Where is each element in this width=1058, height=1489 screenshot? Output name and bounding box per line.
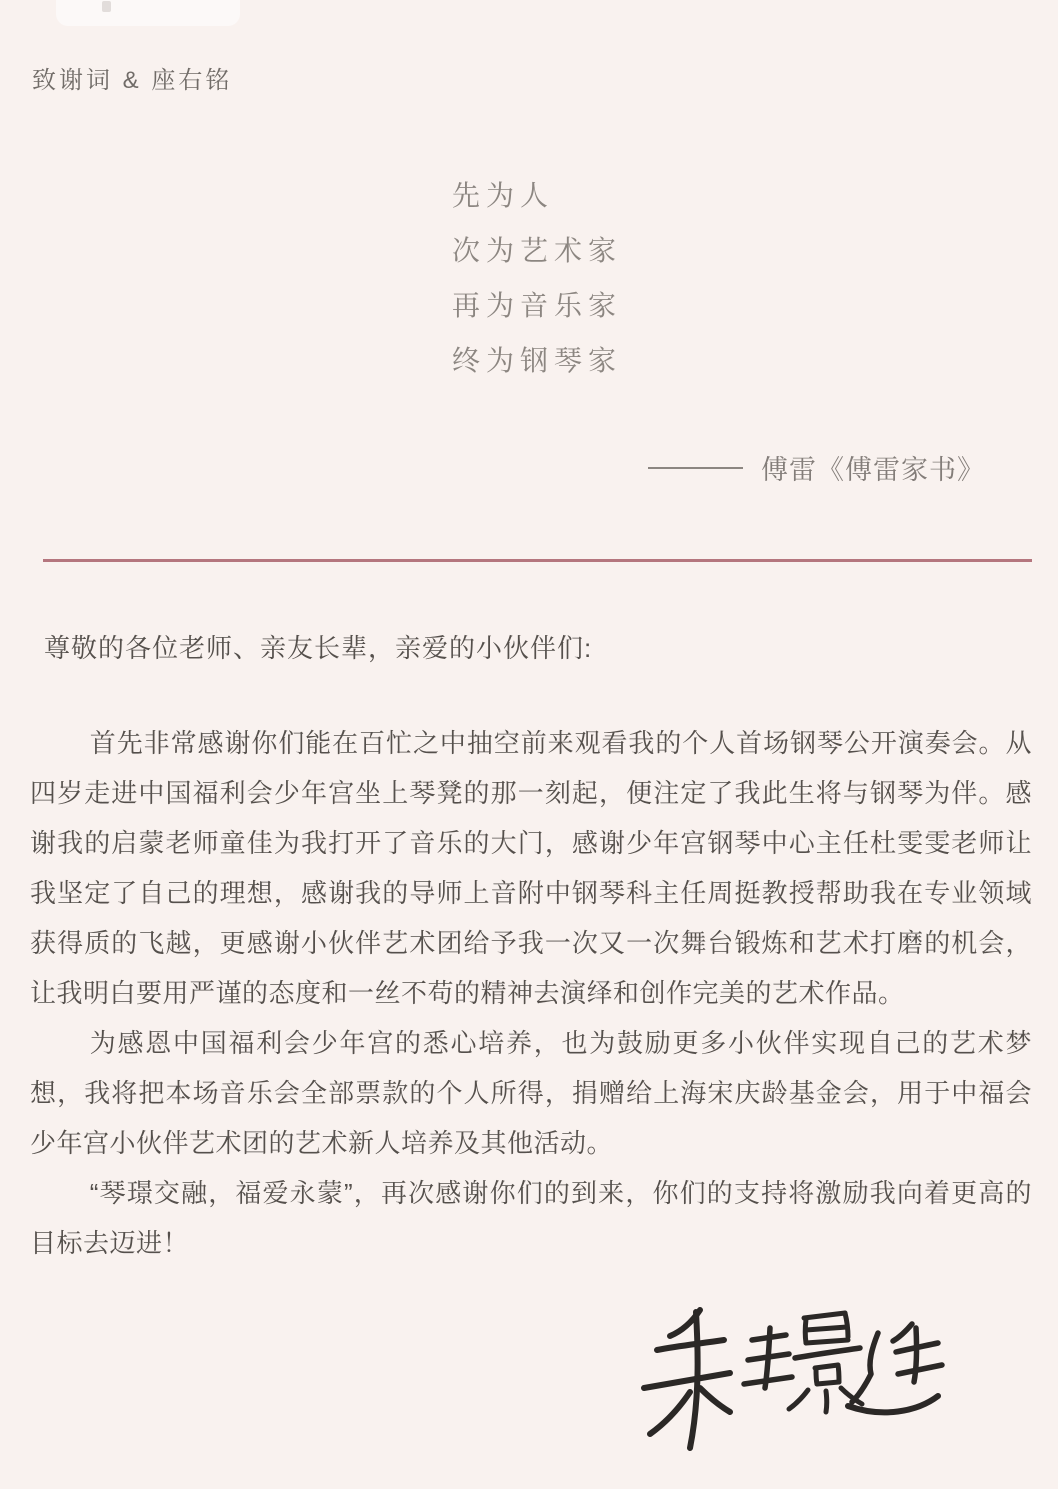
quote-attribution: 傅雷《傅雷家书》 (648, 448, 985, 487)
attribution-text: 傅雷《傅雷家书》 (761, 448, 985, 487)
motto-line: 次为艺术家 (452, 223, 622, 278)
letter-paragraph: 为感恩中国福利会少年宫的悉心培养，也为鼓励更多小伙伴实现自己的艺术梦想，我将把本… (30, 1018, 1032, 1168)
cropped-top-image-remnant (56, 0, 240, 26)
motto-line: 终为钢琴家 (452, 333, 622, 388)
signature-strokes-svg (612, 1288, 980, 1472)
attribution-dash-line (648, 467, 743, 469)
letter-paragraph: 首先非常感谢你们能在百忙之中抽空前来观看我的个人首场钢琴公开演奏会。从四岁走进中… (30, 718, 1032, 1018)
motto-line: 先为人 (452, 168, 622, 223)
handwritten-signature: 朱璟延 (612, 1288, 980, 1472)
letter-body: 首先非常感谢你们能在百忙之中抽空前来观看我的个人首场钢琴公开演奏会。从四岁走进中… (30, 718, 1032, 1268)
top-remnant-mark (102, 1, 111, 12)
motto-quote-block: 先为人 次为艺术家 再为音乐家 终为钢琴家 (452, 168, 622, 388)
letter-salutation: 尊敬的各位老师、亲友长辈，亲爱的小伙伴们: (44, 628, 592, 665)
thank-you-letter-page: 致谢词 & 座右铭 先为人 次为艺术家 再为音乐家 终为钢琴家 傅雷《傅雷家书》… (0, 0, 1058, 1489)
section-divider-line (43, 559, 1032, 562)
page-title: 致谢词 & 座右铭 (32, 60, 232, 95)
motto-line: 再为音乐家 (452, 278, 622, 333)
letter-paragraph: “琴璟交融，福爱永蒙”，再次感谢你们的到来，你们的支持将激励我向着更高的目标去迈… (30, 1168, 1032, 1268)
